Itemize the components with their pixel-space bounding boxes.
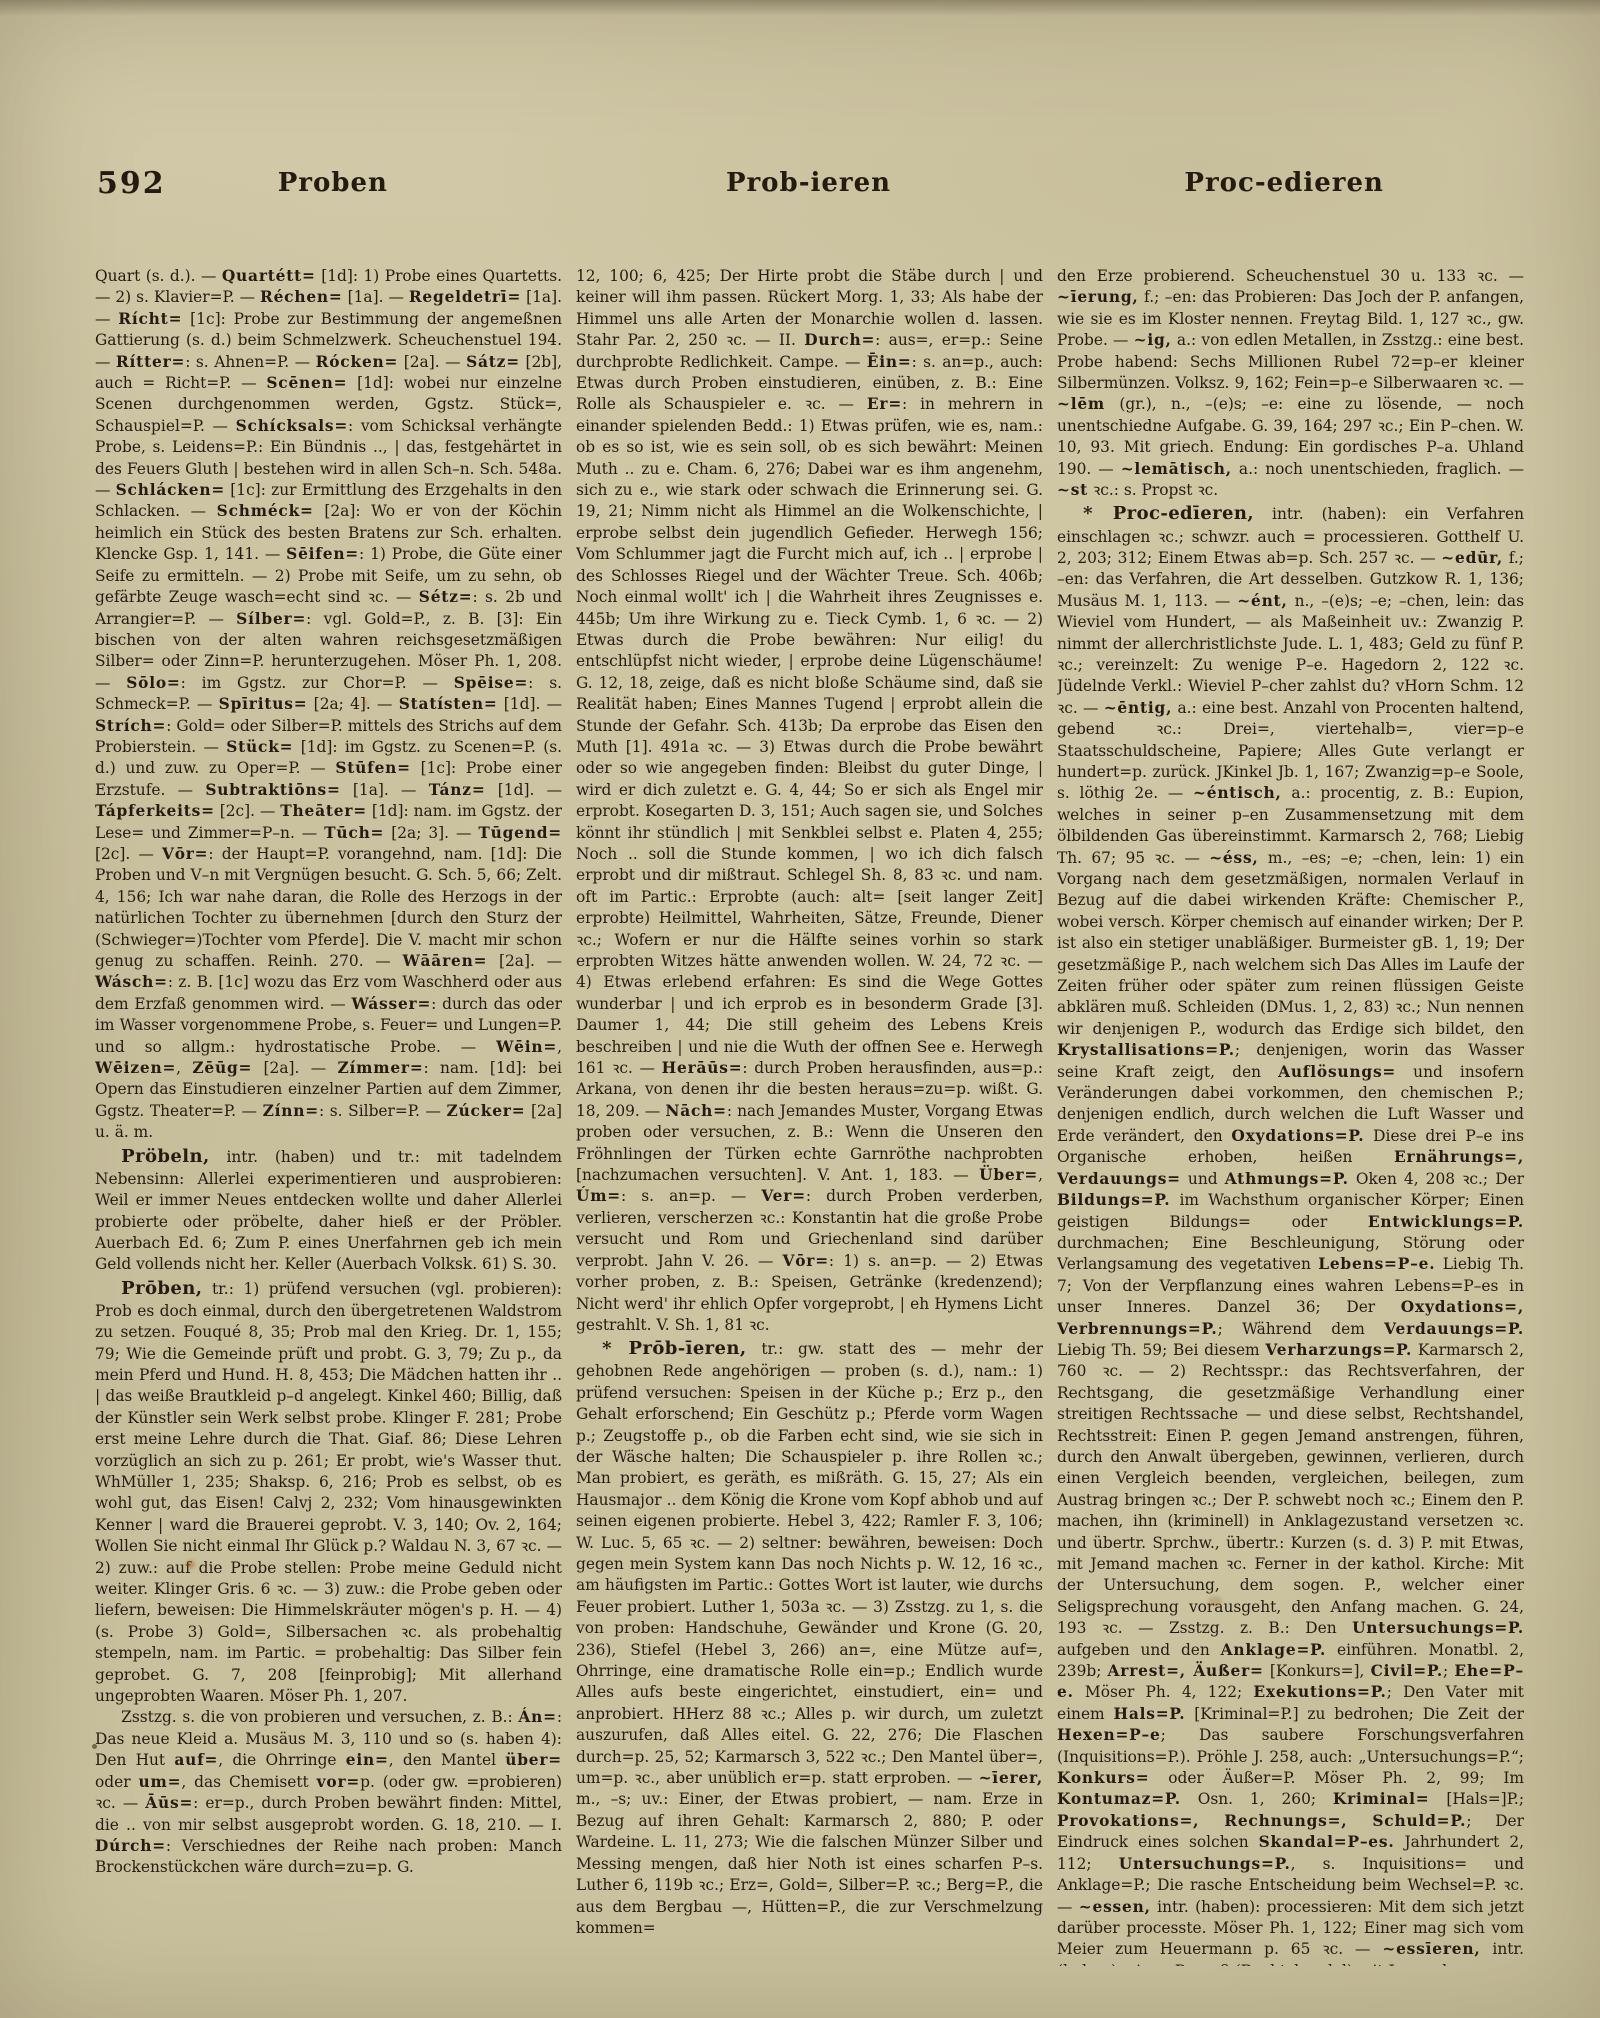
paper-stain bbox=[186, 1560, 195, 1569]
text-run: , die Ohrringe bbox=[218, 1751, 346, 1769]
text-run: Quart (s. d.). — bbox=[95, 267, 222, 285]
compound-headword: Civil=P. bbox=[1371, 1662, 1443, 1680]
compound-headword: Schlácken= bbox=[116, 481, 225, 499]
compound-headword: ~lemātisch, bbox=[1121, 460, 1232, 478]
compound-headword: ~īerung, bbox=[1057, 288, 1139, 306]
scanned-dictionary-page: 592 Proben Prob-ieren Proc-edieren Quart… bbox=[0, 0, 1600, 2018]
compound-headword: Auflösungs= bbox=[1278, 1063, 1396, 1081]
text-run: tr.: gw. statt des — mehr der gehobnen R… bbox=[576, 1340, 1043, 1787]
compound-headword: über= bbox=[505, 1751, 562, 1769]
text-run: ; Während dem bbox=[1218, 1320, 1385, 1338]
text-run: oder bbox=[95, 1773, 139, 1791]
compound-headword: Zúcker= bbox=[447, 1102, 526, 1120]
dictionary-paragraph: Pröbeln, intr. (haben) und tr.: mit tade… bbox=[95, 1144, 562, 1276]
compound-headword: Er= bbox=[867, 395, 902, 413]
compound-headword: Scēnen= bbox=[266, 374, 347, 392]
text-run: , den Mantel bbox=[389, 1751, 506, 1769]
entry-headword: * Proc-edīeren, bbox=[1083, 503, 1254, 524]
compound-headword: ~ént, bbox=[1237, 592, 1287, 610]
text-run: Möser Ph. 4, 122; bbox=[1074, 1683, 1254, 1701]
compound-headword: Über= bbox=[979, 1166, 1038, 1184]
compound-headword: ein= bbox=[346, 1751, 389, 1769]
compound-headword: Zēūg= bbox=[192, 1059, 252, 1077]
text-run: [1d]. — bbox=[486, 781, 562, 799]
column-middle: 12, 100; 6, 425; Der Hirte probt die Stä… bbox=[576, 266, 1043, 1966]
compound-headword: Āūs= bbox=[145, 1794, 193, 1812]
text-run: [1a]. — bbox=[341, 781, 429, 799]
compound-headword: Anklage=P. bbox=[1221, 1641, 1326, 1659]
compound-headword: Nāch= bbox=[665, 1102, 727, 1120]
compound-headword: Úm= bbox=[576, 1187, 621, 1205]
compound-headword: ~ēntig, bbox=[1104, 699, 1173, 717]
text-run: [2a]. — bbox=[487, 952, 562, 970]
compound-headword: Skandal=P–es. bbox=[1259, 1833, 1395, 1851]
compound-headword: Verdauungs=P. bbox=[1384, 1320, 1524, 1338]
compound-headword: Verharzungs=P. bbox=[1265, 1341, 1412, 1359]
compound-headword: ~essen, bbox=[1079, 1898, 1151, 1916]
compound-headword: Untersuchungs=P. bbox=[1352, 1619, 1524, 1637]
entry-headword: Pröbeln, bbox=[121, 1146, 209, 1167]
compound-headword: Rócken= bbox=[316, 353, 399, 371]
text-run: [Hals=]P.; bbox=[1430, 1790, 1525, 1808]
compound-headword: ~éntisch, bbox=[1193, 784, 1282, 802]
compound-headword: Vōr= bbox=[162, 845, 208, 863]
compound-headword: Sēifen= bbox=[286, 545, 359, 563]
scan-edge-shadow bbox=[0, 0, 1600, 16]
running-head-procedieren: Proc-edieren bbox=[1046, 168, 1522, 198]
compound-headword: ~éss, bbox=[1209, 849, 1258, 867]
text-run: [1a]. — bbox=[343, 288, 409, 306]
compound-headword: Hals=P. bbox=[1114, 1705, 1186, 1723]
text-run: : s. Silber=P. — bbox=[319, 1102, 447, 1120]
text-run: m., –es; –e; –chen, lein: 1) ein Vorgang… bbox=[1057, 849, 1524, 1038]
compound-headword: Sétz= bbox=[419, 588, 473, 606]
compound-headword: Án= bbox=[518, 1708, 556, 1726]
compound-headword: um= bbox=[139, 1773, 182, 1791]
text-run: : s. an=p. — bbox=[621, 1187, 761, 1205]
text-run: [2a]. — bbox=[252, 1059, 337, 1077]
text-run: : im Ggstz. zur Chor=P. — bbox=[181, 674, 454, 692]
compound-headword: Statísten= bbox=[399, 695, 498, 713]
compound-headword: Spīritus= bbox=[219, 695, 308, 713]
text-run: Karmarsch 2, 760 ꝛc. — 2) Rechtsspr.: da… bbox=[1057, 1341, 1524, 1637]
compound-headword: Subtraktiōns= bbox=[205, 781, 340, 799]
compound-headword: Hexen=P–e bbox=[1057, 1726, 1161, 1744]
compound-headword: Schícksals= bbox=[236, 417, 348, 435]
compound-headword: Zímmer= bbox=[337, 1059, 423, 1077]
compound-headword: Wásser= bbox=[352, 995, 432, 1013]
text-run: [2a; 3]. — bbox=[384, 824, 478, 842]
text-run: tr.: 1) prüfend versuchen (vgl. probiere… bbox=[95, 1280, 562, 1705]
text-run: , bbox=[176, 1059, 192, 1077]
text-run: ; bbox=[1443, 1662, 1454, 1680]
compound-headword: Tūch= bbox=[324, 824, 384, 842]
compound-headword: Zínn= bbox=[263, 1102, 319, 1120]
compound-headword: Stūfen= bbox=[335, 759, 411, 777]
compound-headword: Tūgend= bbox=[478, 824, 562, 842]
dictionary-paragraph: Quart (s. d.). — Quartétt= [1d]: 1) Prob… bbox=[95, 266, 562, 1144]
text-run: ꝛc.: s. Propst ꝛc. bbox=[1088, 481, 1218, 499]
compound-headword: Bildungs=P. bbox=[1057, 1191, 1170, 1209]
compound-headword: Regeldetrī= bbox=[409, 288, 521, 306]
column-left: Quart (s. d.). — Quartétt= [1d]: 1) Prob… bbox=[95, 266, 562, 1966]
compound-headword: Strích= bbox=[95, 717, 166, 735]
text-run: [Konkurs=], bbox=[1264, 1662, 1371, 1680]
compound-headword: Athmungs=P. bbox=[1225, 1170, 1349, 1188]
compound-headword: Tánz= bbox=[429, 781, 486, 799]
compound-headword: Rícht= bbox=[118, 310, 182, 328]
compound-headword: ~lēm bbox=[1057, 395, 1105, 413]
compound-headword: Provokations=, Rechnungs=, Schuld=P. bbox=[1057, 1812, 1466, 1830]
compound-headword: ~īerer, bbox=[979, 1769, 1043, 1787]
compound-headword: Kriminal= bbox=[1333, 1790, 1430, 1808]
dictionary-paragraph: 12, 100; 6, 425; Der Hirte probt die Stä… bbox=[576, 266, 1043, 1336]
paper-stain bbox=[362, 700, 368, 706]
compound-headword: ~edūr, bbox=[1441, 549, 1503, 567]
text-run: Liebig Th. 59; Bei diesem bbox=[1057, 1341, 1265, 1359]
compound-headword: Lebens=P–e. bbox=[1318, 1255, 1435, 1273]
compound-headword: Wásch= bbox=[95, 973, 168, 991]
compound-headword: ~ig, bbox=[1134, 331, 1172, 349]
page-header: 592 Proben Prob-ieren Proc-edieren bbox=[95, 168, 1522, 198]
text-run: a.: noch unentschieden, fraglich. — bbox=[1232, 460, 1524, 478]
compound-headword: Spēise= bbox=[454, 674, 528, 692]
paper-stain bbox=[1208, 1596, 1222, 1606]
text-run: aufgeben und den bbox=[1057, 1641, 1221, 1659]
compound-headword: auf= bbox=[174, 1751, 218, 1769]
dictionary-paragraph: * Proc-edīeren, intr. (haben): ein Verfa… bbox=[1057, 501, 1524, 1966]
text-run: m., –s; uv.: Einer, der Etwas probiert, … bbox=[576, 1790, 1043, 1936]
compound-headword: Wāāren= bbox=[402, 952, 487, 970]
compound-headword: Sílber= bbox=[236, 610, 306, 628]
text-run: Zsstzg. s. die von probieren und versuch… bbox=[121, 1708, 518, 1726]
compound-headword: ~essīeren, bbox=[1382, 1940, 1480, 1958]
compound-headword: Dúrch= bbox=[95, 1837, 166, 1855]
column-right: den Erze probierend. Scheuchenstuel 30 u… bbox=[1057, 266, 1524, 1966]
text-run: [2c]. — bbox=[95, 845, 162, 863]
text-run: , bbox=[557, 1038, 562, 1056]
text-run: Oken 4, 208 ꝛc.; Der bbox=[1349, 1170, 1524, 1188]
compound-headword: ~st bbox=[1057, 481, 1088, 499]
compound-headword: vor= bbox=[317, 1773, 360, 1791]
text-run: [2a; 4]. — bbox=[307, 695, 398, 713]
text-run: : in mehrern in einander spielenden Bedd… bbox=[576, 395, 1043, 1077]
running-head-probieren: Prob-ieren bbox=[571, 168, 1047, 198]
text-run: : Verschiednes der Reihe nach proben: Ma… bbox=[95, 1837, 562, 1876]
compound-headword: Ēin= bbox=[867, 353, 912, 371]
compound-headword: Vōr= bbox=[783, 1252, 829, 1270]
compound-headword: Wēizen= bbox=[95, 1059, 176, 1077]
page-number: 592 bbox=[97, 166, 166, 201]
text-run: [Kriminal=P.] zu bedrohen; Die Zeit der bbox=[1185, 1705, 1524, 1723]
compound-headword: Arrest=, Äußer= bbox=[1108, 1662, 1264, 1680]
compound-headword: Entwicklungs=P. bbox=[1368, 1213, 1524, 1231]
text-run: Osn. 1, 260; bbox=[1181, 1790, 1333, 1808]
compound-headword: Durch= bbox=[804, 331, 875, 349]
text-run: [2c]. — bbox=[215, 802, 280, 820]
compound-headword: Quartétt= bbox=[222, 267, 316, 285]
compound-headword: Theāter= bbox=[280, 802, 367, 820]
compound-headword: Schméck= bbox=[217, 502, 314, 520]
compound-headword: Krystallisations=P. bbox=[1057, 1041, 1235, 1059]
text-run: , das Chemisett bbox=[181, 1773, 316, 1791]
compound-headword: Tápferkeits= bbox=[95, 802, 215, 820]
compound-headword: Ver= bbox=[761, 1187, 806, 1205]
running-head-proben: Proben bbox=[95, 168, 571, 198]
entry-headword: * Prōb-īeren, bbox=[602, 1338, 746, 1359]
text-columns: Quart (s. d.). — Quartétt= [1d]: 1) Prob… bbox=[95, 266, 1524, 1966]
compound-headword: Sátz= bbox=[466, 353, 520, 371]
dictionary-paragraph: Zsstzg. s. die von probieren und versuch… bbox=[95, 1707, 562, 1878]
compound-headword: Réchen= bbox=[260, 288, 343, 306]
compound-headword: Untersuchungs=P. bbox=[1119, 1855, 1291, 1873]
compound-headword: Stück= bbox=[226, 738, 293, 756]
dictionary-paragraph: den Erze probierend. Scheuchenstuel 30 u… bbox=[1057, 266, 1524, 501]
text-run: den Erze probierend. Scheuchenstuel 30 u… bbox=[1057, 267, 1524, 285]
dictionary-paragraph: * Prōb-īeren, tr.: gw. statt des — mehr … bbox=[576, 1336, 1043, 1939]
compound-headword: Sōlo= bbox=[126, 674, 180, 692]
compound-headword: Rítter= bbox=[116, 353, 185, 371]
compound-headword: Konkurs= bbox=[1057, 1769, 1149, 1787]
text-run: oder Äußer=P. Möser Ph. 2, 99; Im bbox=[1149, 1769, 1524, 1787]
compound-headword: Oxydations=P. bbox=[1231, 1127, 1364, 1145]
dictionary-paragraph: Prōben, tr.: 1) prüfend versuchen (vgl. … bbox=[95, 1276, 562, 1708]
text-run: und bbox=[1181, 1170, 1225, 1188]
compound-headword: Kontumaz=P. bbox=[1057, 1790, 1181, 1808]
ink-speck bbox=[92, 1744, 97, 1749]
text-run: [1d]. — bbox=[498, 695, 562, 713]
text-run: [2a]. — bbox=[398, 353, 466, 371]
entry-headword: Prōben, bbox=[121, 1278, 202, 1299]
compound-headword: Exekutions=P. bbox=[1253, 1683, 1386, 1701]
compound-headword: Herāūs= bbox=[662, 1059, 743, 1077]
text-run: , bbox=[1038, 1166, 1043, 1184]
compound-headword: Wēin= bbox=[496, 1038, 557, 1056]
text-run: : s. Ahnen=P. — bbox=[185, 353, 315, 371]
